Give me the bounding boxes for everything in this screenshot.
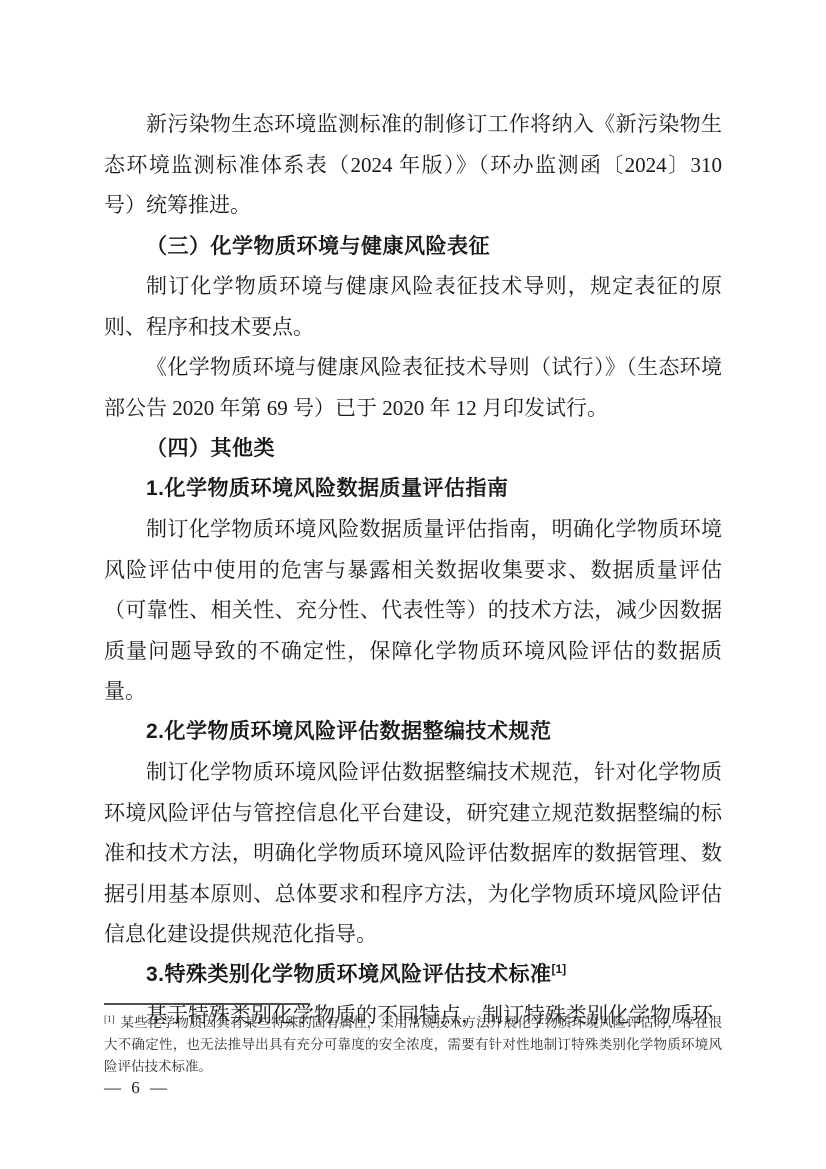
footnote-text: 某些化学物质因具有某些特殊的固有属性，采用常规技术方法开展化学物质环境风险评估时…: [104, 1015, 722, 1074]
page-number: — 6 —: [104, 1078, 170, 1098]
footnote-block: [1]某些化学物质因具有某些特殊的固有属性，采用常规技术方法开展化学物质环境风险…: [104, 1003, 722, 1078]
paragraph-data-compilation-spec: 制订化学物质环境风险评估数据整编技术规范，针对化学物质环境风险评估与管控信息化平…: [104, 752, 722, 955]
document-page: 新污染物生态环境监测标准的制修订工作将纳入《新污染物生态环境监测标准体系表（20…: [0, 0, 826, 1169]
subsection-heading-2: 2.化学物质环境风险评估数据整编技术规范: [104, 712, 722, 753]
footnote-divider: [104, 1003, 310, 1005]
footnote: [1]某些化学物质因具有某些特殊的固有属性，采用常规技术方法开展化学物质环境风险…: [104, 1012, 722, 1078]
paragraph-data-quality-guide: 制订化学物质环境风险数据质量评估指南，明确化学物质环境风险评估中使用的危害与暴露…: [104, 509, 722, 712]
paragraph-risk-characterization-plan: 制订化学物质环境与健康风险表征技术导则，规定表征的原则、程序和技术要点。: [104, 266, 722, 347]
document-body: 新污染物生态环境监测标准的制修订工作将纳入《新污染物生态环境监测标准体系表（20…: [104, 104, 722, 1036]
paragraph-risk-characterization-issued: 《化学物质环境与健康风险表征技术导则（试行）》（生态环境部公告 2020 年第 …: [104, 347, 722, 428]
section-heading-4: （四）其他类: [104, 428, 722, 469]
paragraph-monitoring-standards: 新污染物生态环境监测标准的制修订工作将纳入《新污染物生态环境监测标准体系表（20…: [104, 104, 722, 226]
subsection-heading-3-label: 3.特殊类别化学物质环境风险评估技术标准: [146, 963, 552, 986]
section-heading-3: （三）化学物质环境与健康风险表征: [104, 226, 722, 267]
subsection-heading-1: 1.化学物质环境风险数据质量评估指南: [104, 469, 722, 510]
footnote-ref-marker: [1]: [552, 962, 567, 976]
footnote-marker: [1]: [104, 1014, 115, 1024]
subsection-heading-3: 3.特殊类别化学物质环境风险评估技术标准[1]: [104, 955, 722, 996]
